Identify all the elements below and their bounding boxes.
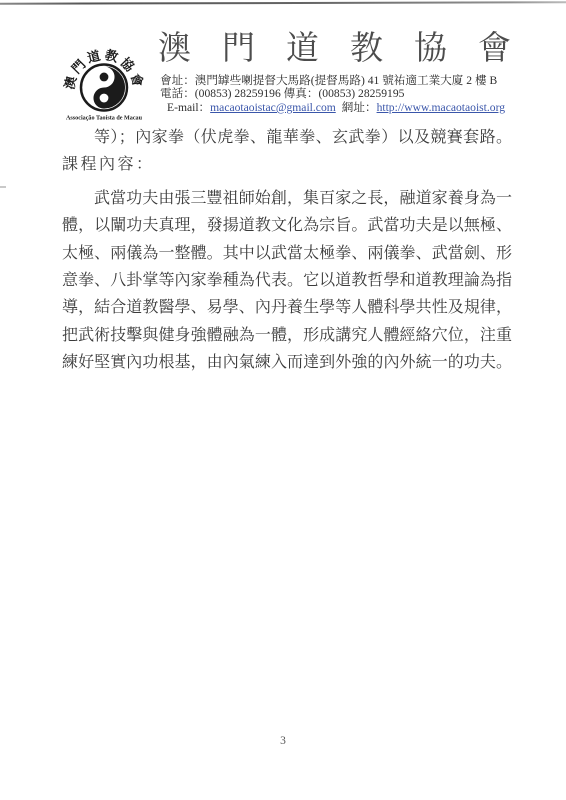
course-description-paragraph: 武當功夫由張三豐祖師始創，集百家之長，融道家養身為一 體，以闡功夫真理，發揚道教… [62,185,512,377]
scan-artifact-line [0,1,566,4]
document-page: 澳門道教協會 Associação Taoísta de Macau 澳門道教協… [0,0,566,800]
association-logo: 澳門道教協會 Associação Taoísta de Macau [58,30,150,122]
email-link[interactable]: macaotaoistac@gmail.com [210,101,336,114]
section-heading: 課程內容： [62,151,512,178]
website-label: 網址： [342,101,377,114]
paragraph-line: 導，結合道教醫學、易學、內丹養生學等人體科學共性及規律， [62,294,512,321]
phone-fax-line: 電話：(00853) 28259196 傳真：(00853) 28259195 [160,87,530,100]
yin-yang-icon [81,65,127,111]
email-label: E-mail： [167,101,210,114]
page-number: 3 [0,735,566,747]
logo-portuguese-name: Associação Taoísta de Macau [66,116,143,122]
website-link[interactable]: http://www.macaotaoist.org [377,101,505,114]
association-title: 澳門道教協會 [158,28,542,70]
paragraph-line: 練好堅實內功根基，由內氣練入而達到外強的內外統一的功夫。 [62,349,512,376]
address-line: 會址：澳門罅些喇提督大馬路(提督馬路) 41 號祐適工業大廈 2 樓 B [160,74,530,87]
paragraph-line: 武當功夫由張三豐祖師始創，集百家之長，融道家養身為一 [62,185,512,212]
paragraph-line: 太極、兩儀為一整體。其中以武當太極拳、兩儀拳、武當劍、形 [62,240,512,267]
taoist-seal-icon: 澳門道教協會 Associação Taoísta de Macau [58,30,150,122]
document-body: 等）；內家拳（伏虎拳、龍華拳、玄武拳）以及競賽套路。 課程內容： 武當功夫由張三… [62,124,512,377]
letterhead-contact-block: 會址：澳門罅些喇提督大馬路(提督馬路) 41 號祐適工業大廈 2 樓 B 電話：… [160,74,530,114]
paragraph-line: 體，以闡功夫真理，發揚道教文化為宗旨。武當功夫是以無極、 [62,212,512,239]
scan-speckle [0,186,6,188]
paragraph-line: 把武術技擊與健身強體融為一體，形成講究人體經絡穴位，注重 [62,322,512,349]
paragraph-line: 意拳、八卦掌等內家拳種為代表。它以道教哲學和道教理論為指 [62,267,512,294]
email-website-line: E-mail：macaotaoistac@gmail.com網址：http://… [160,101,530,114]
continuation-line: 等）；內家拳（伏虎拳、龍華拳、玄武拳）以及競賽套路。 [62,124,512,151]
